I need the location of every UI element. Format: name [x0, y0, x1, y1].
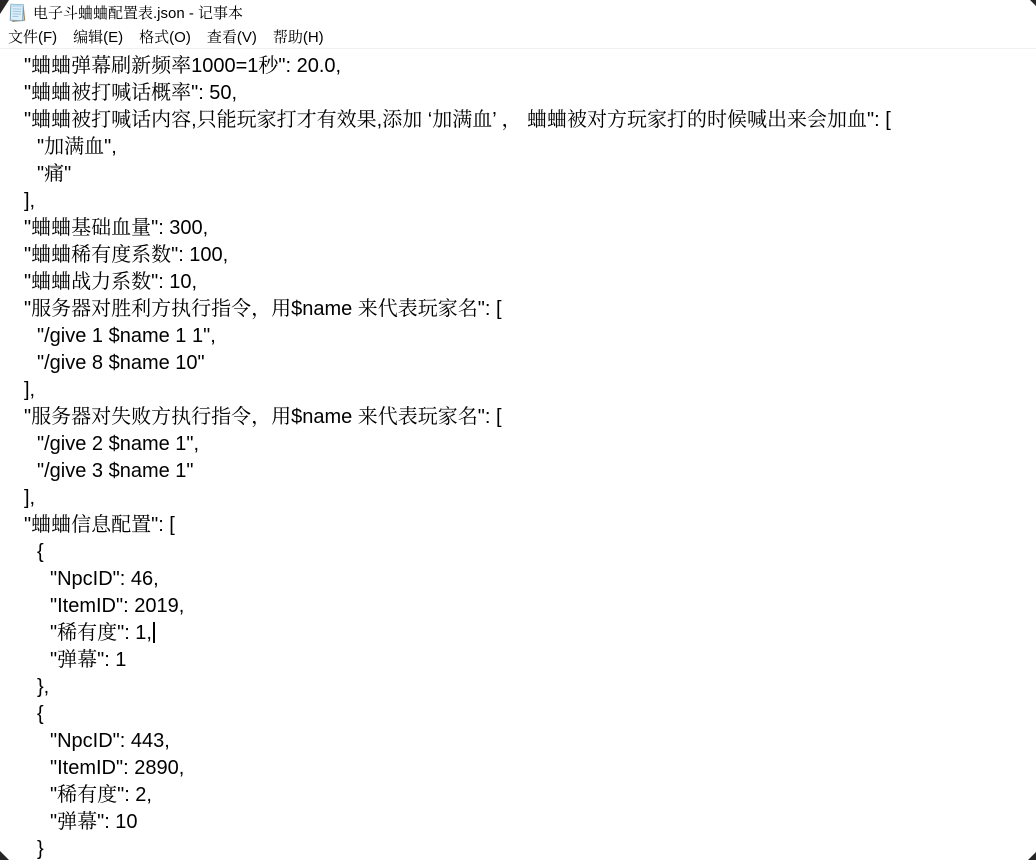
editor-line: "稀有度": 2,	[0, 782, 1036, 809]
editor-line: "/give 1 $name 1 1",	[0, 323, 1036, 350]
menu-view[interactable]: 查看(V)	[199, 26, 265, 47]
editor-line-text: "服务器对胜利方执行指令，用$name 来代表玩家名": [	[24, 298, 502, 320]
editor-line-text: "/give 2 $name 1",	[37, 433, 199, 455]
menu-format[interactable]: 格式(O)	[131, 26, 199, 47]
menubar: 文件(F) 编辑(E) 格式(O) 查看(V) 帮助(H)	[0, 25, 1036, 49]
notepad-window: 电子斗蛐蛐配置表.json - 记事本 文件(F) 编辑(E) 格式(O) 查看…	[0, 0, 1036, 859]
editor-line: "/give 3 $name 1"	[0, 458, 1036, 485]
editor-line: "痛"	[0, 161, 1036, 188]
editor-line: "弹幕": 10	[0, 809, 1036, 836]
editor-line-text: "ItemID": 2890,	[50, 757, 184, 779]
editor-line-text: "加满血",	[37, 136, 117, 158]
notepad-icon	[7, 3, 27, 23]
editor-line: "加满血",	[0, 134, 1036, 161]
editor-line-text: "服务器对失败方执行指令，用$name 来代表玩家名": [	[24, 406, 502, 428]
menu-edit[interactable]: 编辑(E)	[65, 26, 131, 47]
editor-line-text: "蛐蛐基础血量": 300,	[24, 217, 208, 239]
editor-line-text: "NpcID": 46,	[50, 568, 159, 590]
text-editor[interactable]: "蛐蛐弹幕刷新频率1000=1秒": 20.0,"蛐蛐被打喊话概率": 50,"…	[0, 49, 1036, 859]
editor-line: "蛐蛐被打喊话内容,只能玩家打才有效果,添加 ‘加满血’ ， 蛐蛐被对方玩家打的…	[0, 107, 1036, 134]
editor-line: "NpcID": 46,	[0, 566, 1036, 593]
editor-line: "ItemID": 2890,	[0, 755, 1036, 782]
editor-line-text: "蛐蛐战力系数": 10,	[24, 271, 197, 293]
editor-line-text: "蛐蛐被打喊话概率": 50,	[24, 82, 237, 104]
editor-line-text: }	[37, 838, 44, 860]
editor-line: ],	[0, 188, 1036, 215]
editor-line: "弹幕": 1	[0, 647, 1036, 674]
editor-line: "/give 2 $name 1",	[0, 431, 1036, 458]
editor-line-text: "弹幕": 1	[50, 649, 126, 671]
editor-line-text: "痛"	[37, 163, 71, 185]
editor-line: "服务器对胜利方执行指令，用$name 来代表玩家名": [	[0, 296, 1036, 323]
editor-line: "蛐蛐稀有度系数": 100,	[0, 242, 1036, 269]
editor-line-text: "蛐蛐信息配置": [	[24, 514, 175, 536]
editor-line: }	[0, 836, 1036, 860]
editor-line-text: "/give 3 $name 1"	[37, 460, 194, 482]
editor-line-text: },	[37, 676, 49, 698]
editor-line-text: ],	[24, 379, 35, 401]
editor-line: {	[0, 539, 1036, 566]
text-caret	[153, 622, 155, 643]
editor-line-text: "/give 1 $name 1 1",	[37, 325, 216, 347]
editor-line-text: "稀有度": 2,	[50, 784, 152, 806]
editor-line-text: "/give 8 $name 10"	[37, 352, 205, 374]
editor-line: ],	[0, 377, 1036, 404]
editor-line: },	[0, 674, 1036, 701]
editor-line-text: "ItemID": 2019,	[50, 595, 184, 617]
editor-line-text: "稀有度": 1,	[50, 622, 152, 644]
editor-line: "蛐蛐弹幕刷新频率1000=1秒": 20.0,	[0, 53, 1036, 80]
editor-line: "NpcID": 443,	[0, 728, 1036, 755]
editor-line-text: ],	[24, 190, 35, 212]
editor-line: "蛐蛐战力系数": 10,	[0, 269, 1036, 296]
editor-line-text: ],	[24, 487, 35, 509]
editor-line: "/give 8 $name 10"	[0, 350, 1036, 377]
editor-line-text: "蛐蛐被打喊话内容,只能玩家打才有效果,添加 ‘加满血’ ， 蛐蛐被对方玩家打的…	[24, 109, 891, 131]
editor-line: "稀有度": 1,	[0, 620, 1036, 647]
titlebar[interactable]: 电子斗蛐蛐配置表.json - 记事本	[0, 0, 1036, 25]
editor-line: "蛐蛐基础血量": 300,	[0, 215, 1036, 242]
editor-line: "蛐蛐被打喊话概率": 50,	[0, 80, 1036, 107]
editor-line: ],	[0, 485, 1036, 512]
editor-line: "服务器对失败方执行指令，用$name 来代表玩家名": [	[0, 404, 1036, 431]
editor-line: "蛐蛐信息配置": [	[0, 512, 1036, 539]
editor-line: {	[0, 701, 1036, 728]
window-title: 电子斗蛐蛐配置表.json - 记事本	[33, 2, 243, 23]
editor-line-text: "蛐蛐稀有度系数": 100,	[24, 244, 228, 266]
editor-line-text: "蛐蛐弹幕刷新频率1000=1秒": 20.0,	[24, 55, 341, 77]
menu-file[interactable]: 文件(F)	[0, 26, 65, 47]
editor-line-text: {	[37, 703, 44, 725]
editor-line-text: "弹幕": 10	[50, 811, 138, 833]
editor-line-text: {	[37, 541, 44, 563]
editor-line: "ItemID": 2019,	[0, 593, 1036, 620]
menu-help[interactable]: 帮助(H)	[265, 26, 332, 47]
editor-line-text: "NpcID": 443,	[50, 730, 170, 752]
